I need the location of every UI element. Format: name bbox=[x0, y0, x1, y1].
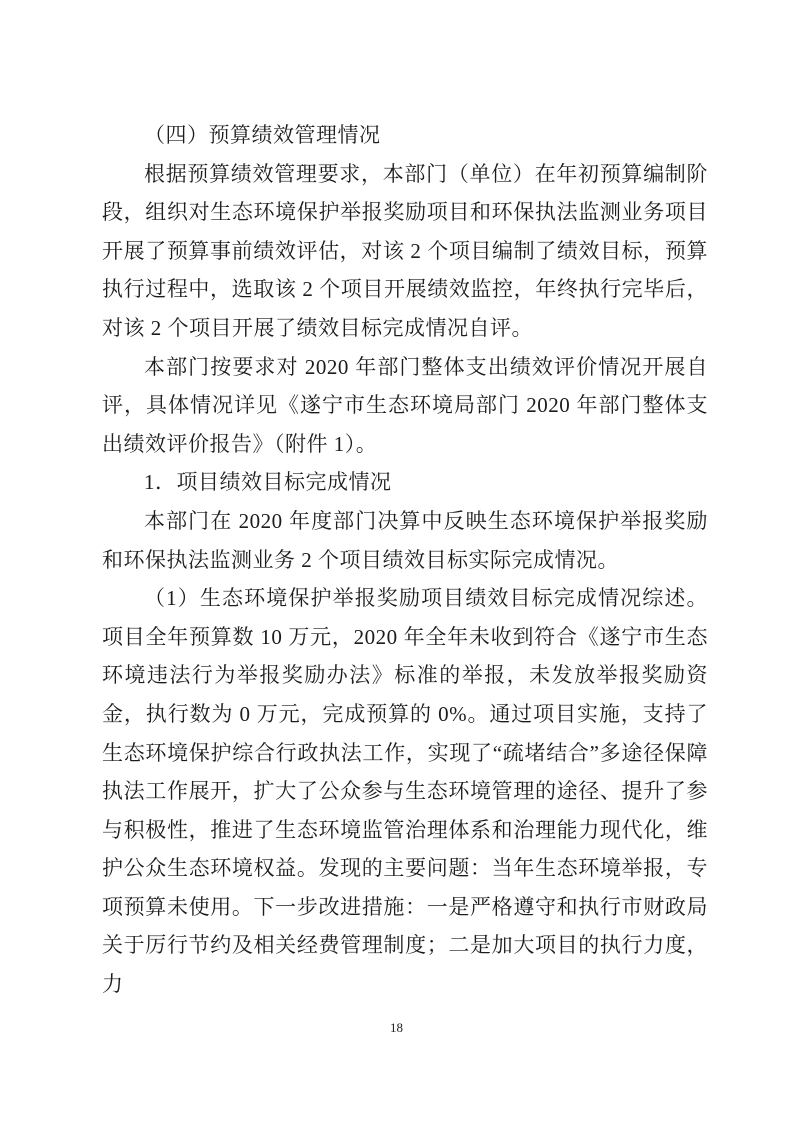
paragraph: （1）生态环境保护举报奖励项目绩效目标完成情况综述。项目全年预算数 10 万元，… bbox=[102, 579, 708, 1004]
section-heading: （四）预算绩效管理情况 bbox=[102, 116, 708, 155]
subsection-heading: 1．项目绩效目标完成情况 bbox=[102, 463, 708, 502]
paragraph: 本部门按要求对 2020 年部门整体支出绩效评价情况开展自评，具体情况详见《遂宁… bbox=[102, 348, 708, 464]
page-number: 18 bbox=[0, 1020, 793, 1036]
paragraph: 根据预算绩效管理要求，本部门（单位）在年初预算编制阶段，组织对生态环境保护举报奖… bbox=[102, 155, 708, 348]
document-page: （四）预算绩效管理情况 根据预算绩效管理要求，本部门（单位）在年初预算编制阶段，… bbox=[0, 0, 793, 1122]
document-body: （四）预算绩效管理情况 根据预算绩效管理要求，本部门（单位）在年初预算编制阶段，… bbox=[102, 116, 708, 1004]
paragraph: 本部门在 2020 年度部门决算中反映生态环境保护举报奖励和环保执法监测业务 2… bbox=[102, 502, 708, 579]
